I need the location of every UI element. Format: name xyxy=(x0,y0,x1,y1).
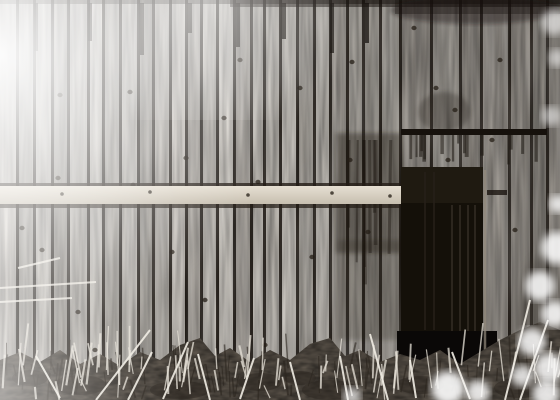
light-flare xyxy=(0,0,560,400)
barn-photograph xyxy=(0,0,560,400)
barn-wall-scene xyxy=(0,0,560,400)
